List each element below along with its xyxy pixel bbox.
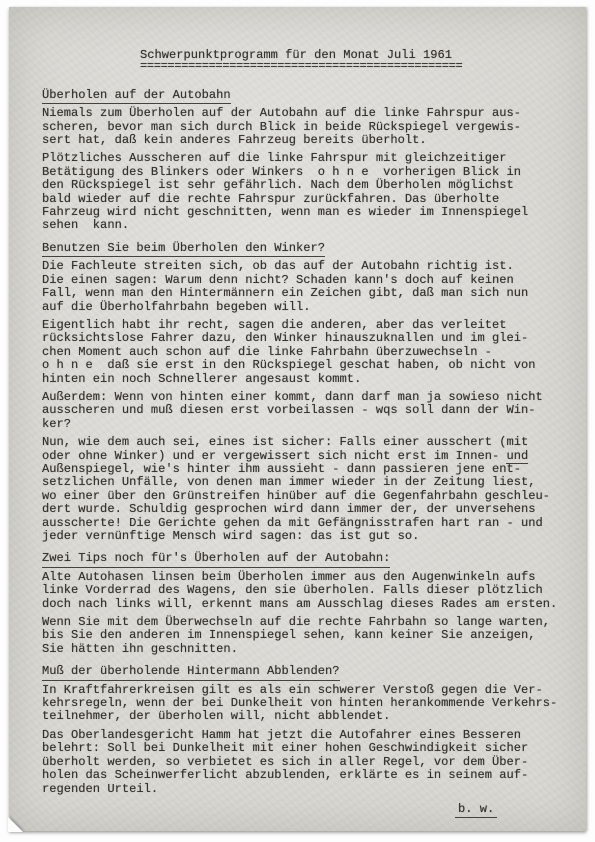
paragraph-with-emphasis: Nun, wie dem auch sei, eines ist sicher:… <box>42 436 576 543</box>
paragraph: Eigentlich habt ihr recht, sagen die and… <box>42 319 576 386</box>
section-3-heading-row: Zwei Tips noch für's Überholen auf der A… <box>42 552 576 567</box>
section-heading-zwei-tips: Zwei Tips noch für's Überholen auf der A… <box>42 552 390 567</box>
paragraph: Plötzliches Ausscheren auf die linke Fah… <box>42 152 576 232</box>
paragraph-text-after: Außenspiegel, wie's hinter ihm aussieht … <box>42 462 550 543</box>
document-content: Schwerpunktprogramm für den Monat Juli 1… <box>42 49 576 818</box>
paragraph: Außerdem: Wenn von hinten einer kommt, d… <box>42 391 576 431</box>
section-4-heading-row: Muß der überholende Hintermann Abblenden… <box>42 665 576 680</box>
paragraph: Das Oberlandesgericht Hamm hat jetzt die… <box>42 729 576 796</box>
paragraph: In Kraftfahrerkreisen gilt es als ein sc… <box>42 684 576 724</box>
section-heading-winker-frage: Benutzen Sie beim Überholen den Winker? <box>42 242 325 257</box>
signature-initials: b. w. <box>455 803 497 818</box>
section-2-heading-row: Benutzen Sie beim Überholen den Winker? <box>42 242 576 257</box>
section-1-heading-row: Überholen auf der Autobahn <box>42 89 576 104</box>
scan-frame: Schwerpunktprogramm für den Monat Juli 1… <box>0 0 595 842</box>
title-underline-row: ========================================… <box>140 60 462 73</box>
paragraph: Die Fachleute streiten sich, ob das auf … <box>42 260 576 314</box>
paper-corner-fold <box>8 817 23 832</box>
paragraph: Wenn Sie mit dem Überwechseln auf die re… <box>42 616 576 656</box>
title-block: Schwerpunktprogramm für den Monat Juli 1… <box>140 49 462 74</box>
paragraph-text-before: Nun, wie dem auch sei, eines ist sicher:… <box>42 435 528 462</box>
section-heading-ueberholen-autobahn: Überholen auf der Autobahn <box>42 89 231 104</box>
paragraph: Niemals zum Überholen auf der Autobahn a… <box>42 107 576 147</box>
paper-page: Schwerpunktprogramm für den Monat Juli 1… <box>9 7 586 831</box>
paragraph: Alte Autohasen linsen beim Überholen imm… <box>42 571 576 611</box>
section-heading-abblenden: Muß der überholende Hintermann Abblenden… <box>42 665 340 680</box>
